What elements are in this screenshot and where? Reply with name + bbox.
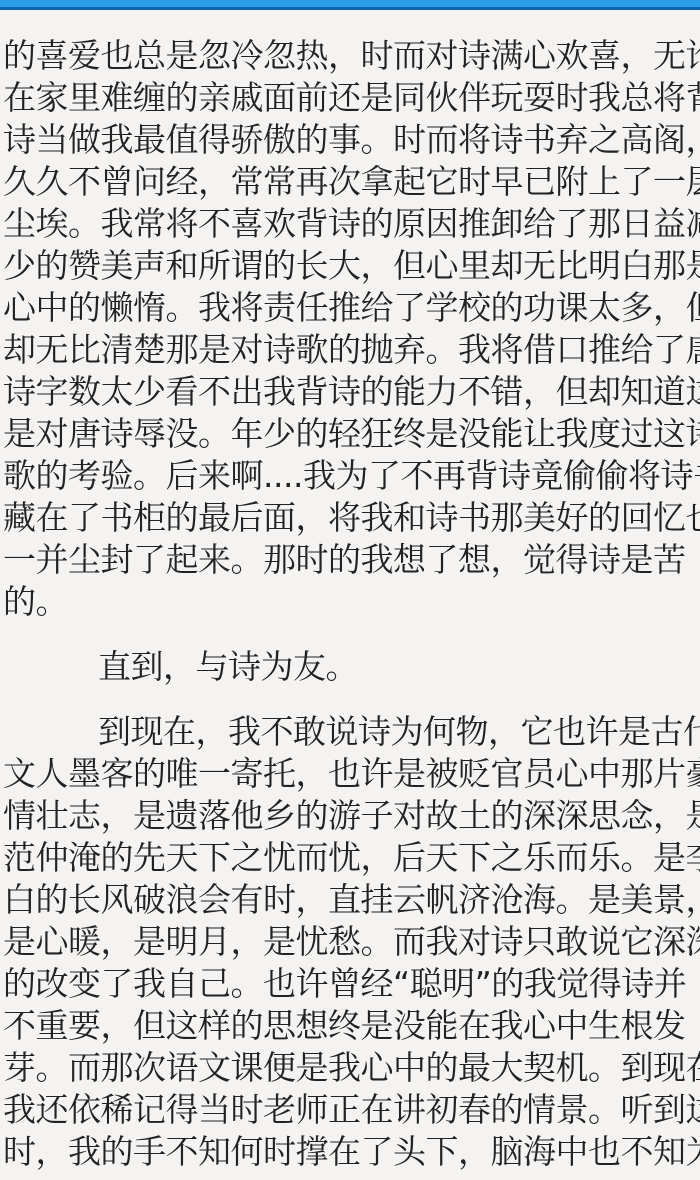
paragraph: 到现在，我不敢说诗为何物，它也许是古代文人墨客的唯一寄托，也许是被贬官员心中那片… — [3, 711, 700, 1173]
text-line: 一并尘封了起来。那时的我想了想，觉得诗是苦 — [3, 539, 700, 581]
text-line: 在家里难缠的亲戚面前还是同伙伴玩耍时我总将背 — [3, 77, 700, 119]
text-line: 的。 — [3, 581, 700, 623]
text-line: 久久不曾问经，常常再次拿起它时早已附上了一层 — [3, 161, 700, 203]
text-line: 我还依稀记得当时老师正在讲初春的情景。听到这 — [3, 1089, 700, 1131]
text-line: 范仲淹的先天下之忧而忧，后天下之乐而乐。是李 — [3, 837, 700, 879]
text-line: 心中的懒惰。我将责任推给了学校的功课太多，但 — [3, 287, 700, 329]
text-line: 到现在，我不敢说诗为何物，它也许是古代 — [3, 711, 700, 753]
text-line: 情壮志，是遗落他乡的游子对故土的深深思念，是 — [3, 795, 700, 837]
document-text[interactable]: 的喜爱也总是忽冷忽热，时而对诗满心欢喜，无论在家里难缠的亲戚面前还是同伙伴玩耍时… — [0, 10, 700, 1173]
text-line: 是对唐诗辱没。年少的轻狂终是没能让我度过这诗 — [3, 413, 700, 455]
text-line: 的改变了我自己。也许曾经“聪明”的我觉得诗并 — [3, 963, 700, 1005]
text-line: 歌的考验。后来啊....我为了不再背诗竟偷偷将诗书 — [3, 455, 700, 497]
text-line: 少的赞美声和所谓的长大，但心里却无比明白那是 — [3, 245, 700, 287]
text-line: 却无比清楚那是对诗歌的抛弃。我将借口推给了唐 — [3, 329, 700, 371]
text-line: 芽。而那次语文课便是我心中的最大契机。到现在 — [3, 1047, 700, 1089]
text-line: 诗当做我最值得骄傲的事。时而将诗书弃之高阁， — [3, 119, 700, 161]
text-line: 的喜爱也总是忽冷忽热，时而对诗满心欢喜，无论 — [3, 35, 700, 77]
document-viewer: 的喜爱也总是忽冷忽热，时而对诗满心欢喜，无论在家里难缠的亲戚面前还是同伙伴玩耍时… — [0, 0, 700, 1180]
text-line: 尘埃。我常将不喜欢背诗的原因推卸给了那日益减 — [3, 203, 700, 245]
text-line: 时，我的手不知何时撑在了头下，脑海中也不知为 — [3, 1131, 700, 1173]
paragraph: 的喜爱也总是忽冷忽热，时而对诗满心欢喜，无论在家里难缠的亲戚面前还是同伙伴玩耍时… — [3, 35, 700, 623]
text-line: 藏在了书柜的最后面，将我和诗书那美好的回忆也 — [3, 497, 700, 539]
text-line: 不重要，但这样的思想终是没能在我心中生根发 — [3, 1005, 700, 1047]
text-line: 直到，与诗为友。 — [3, 646, 700, 688]
paragraph: 直到，与诗为友。 — [3, 646, 700, 688]
text-line: 白的长风破浪会有时，直挂云帆济沧海。是美景， — [3, 879, 700, 921]
text-line: 是心暖，是明月，是忧愁。而我对诗只敢说它深深 — [3, 921, 700, 963]
text-line: 文人墨客的唯一寄托，也许是被贬官员心中那片豪 — [3, 753, 700, 795]
text-line: 诗字数太少看不出我背诗的能力不错，但却知道这 — [3, 371, 700, 413]
top-bar — [0, 0, 700, 10]
